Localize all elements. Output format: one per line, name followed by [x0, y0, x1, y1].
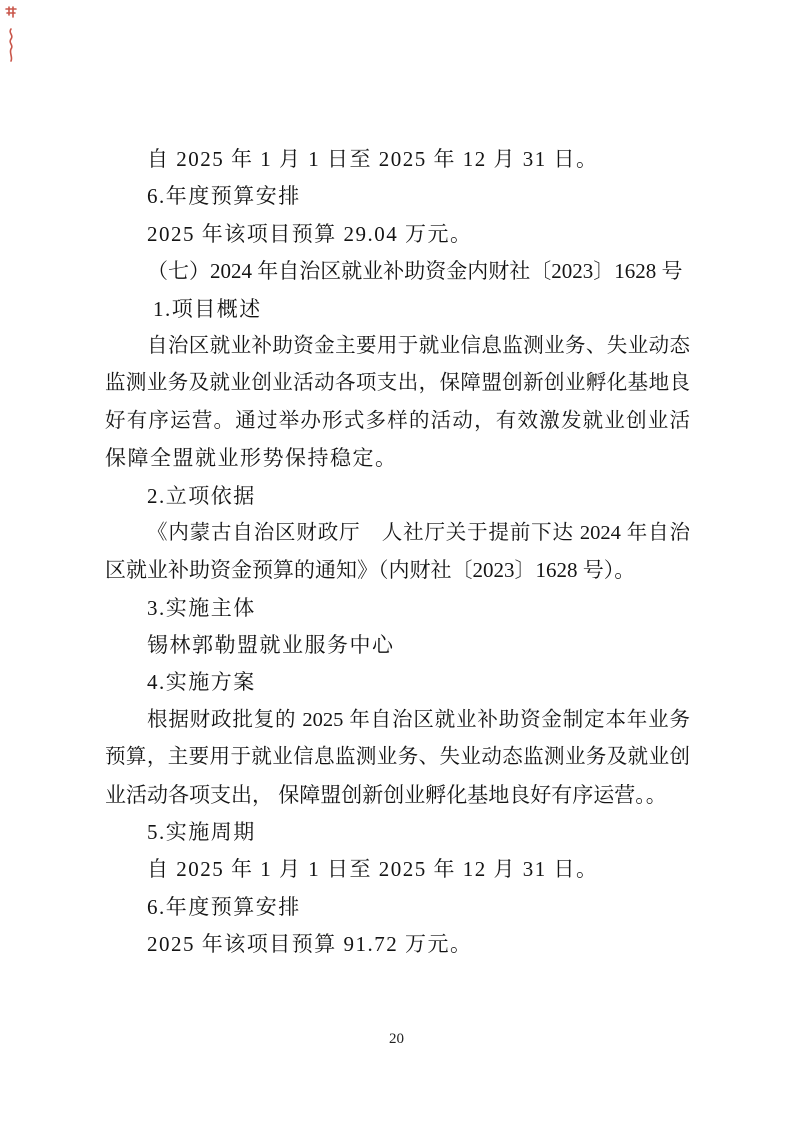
project-overview-line-3: 好有序运营。通过举办形式多样的活动，有效激发就业创业活力， — [105, 403, 690, 440]
document-body: 自 2025 年 1 月 1 日至 2025 年 12 月 31 日。 6.年度… — [105, 141, 690, 964]
heading-project-overview: 1.项目概述 — [105, 291, 690, 328]
implementation-plan-line-2: 预算，主要用于就业信息监测业务、失业动态监测业务及就业创 — [105, 739, 690, 776]
section-7-heading: （七）2024 年自治区就业补助资金内财社〔2023〕1628 号 — [105, 253, 690, 290]
project-overview-line-1: 自治区就业补助资金主要用于就业信息监测业务、失业动态 — [105, 328, 690, 365]
heading-implementation-period: 5.实施周期 — [105, 814, 690, 851]
implementation-plan-line-1: 根据财政批复的 2025 年自治区就业补助资金制定本年业务 — [105, 702, 690, 739]
approval-basis-line-1: 《内蒙古自治区财政厅 人社厅关于提前下达 2024 年自治 — [105, 515, 690, 552]
implementing-entity-text: 锡林郭勒盟就业服务中心 — [105, 627, 690, 664]
heading-annual-budget-2: 6.年度预算安排 — [105, 889, 690, 926]
project-overview-line-4: 保障全盟就业形势保持稳定。 — [105, 440, 690, 477]
budget-amount-text: 2025 年该项目预算 29.04 万元。 — [105, 216, 690, 253]
approval-basis-line-2: 区就业补助资金预算的通知》（内财社〔2023〕1628 号）。 — [105, 552, 690, 589]
budget-amount-text-2: 2025 年该项目预算 91.72 万元。 — [105, 926, 690, 963]
heading-annual-budget: 6.年度预算安排 — [105, 178, 690, 215]
heading-implementing-entity: 3.实施主体 — [105, 590, 690, 627]
implementation-plan-line-3: 业活动各项支出， 保障盟创新创业孵化基地良好有序运营。。 — [105, 777, 690, 814]
heading-implementation-plan: 4.实施方案 — [105, 664, 690, 701]
document-page: 自 2025 年 1 月 1 日至 2025 年 12 月 31 日。 6.年度… — [0, 0, 793, 1122]
period-text: 自 2025 年 1 月 1 日至 2025 年 12 月 31 日。 — [105, 141, 690, 178]
heading-approval-basis: 2.立项依据 — [105, 478, 690, 515]
red-annotation-marks-icon — [3, 5, 21, 67]
project-overview-line-2: 监测业务及就业创业活动各项支出，保障盟创新创业孵化基地良 — [105, 365, 690, 402]
page-number: 20 — [0, 1028, 793, 1050]
period-text-2: 自 2025 年 1 月 1 日至 2025 年 12 月 31 日。 — [105, 851, 690, 888]
